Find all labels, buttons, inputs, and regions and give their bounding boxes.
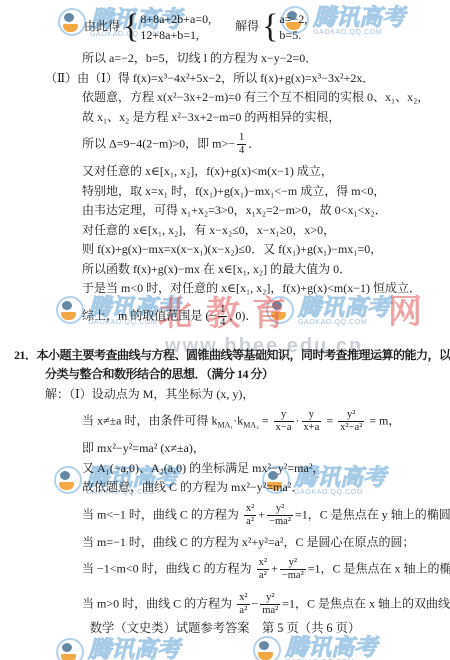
solution-line: 对任意的 x∈[x₁, x₂]，有 x−x₂≤0，x−x₁≥0，x>0， (82, 223, 446, 239)
math-text: =1，C 是焦点在 x 轴上的双曲线． (282, 596, 450, 610)
math-text: （Ⅱ）由（Ⅰ）得 f(x)=x³−4x²+5x−2，所以 f(x)+g(x)=x… (45, 71, 374, 85)
solution-line: 当 −1<m<0 时，曲线 C 的方程为 x²a²+y²−ma²=1，C 是焦点… (82, 554, 446, 585)
math-text: = (259, 413, 272, 427)
solution-line: 当 m=−1 时，曲线 C 的方程为 x²+y²=a²，C 是圆心在原点的圆； (82, 535, 446, 551)
fraction: y²−ma² (280, 557, 306, 582)
math-text: 解：（Ⅰ）设动点为 M，其坐标为 (x, y)， (45, 387, 254, 401)
math-text: 综上，m 的取值范围是 (− (82, 308, 216, 322)
math-text: ． (248, 136, 260, 150)
math-text: 当 x≠±a 时，由条件可得 k (82, 413, 218, 427)
math-text: 当 m>0 时，曲线 C 的方程为 (82, 596, 235, 610)
solution-line: 所以 Δ=9−4(2−m)>0，即 m>−14． (82, 129, 446, 160)
solution-line: 由此得 {8+8a+2b+a=0,12+8a+b=1, 解得 {a=−2,b=5… (84, 7, 446, 47)
penguin-logo-icon (253, 636, 281, 660)
solution-line: 解：（Ⅰ）设动点为 M，其坐标为 (x, y)， (45, 387, 446, 403)
math-text: 由韦达定理，可得 x₁+x₂=3>0，x₁x₂=2−m>0，故 0<x₁<x₂． (82, 203, 387, 217)
math-text: 当 m=−1 时，曲线 C 的方程为 x²+y²=a²，C 是圆心在原点的圆； (82, 535, 415, 549)
math-text: 分类与整合和数形结合的思想．（满分 14 分） (45, 367, 274, 381)
fraction: y²ma² (260, 592, 280, 617)
math-text: =1，C 是焦点在 y 轴上的椭圆； (295, 507, 450, 521)
solution-line: 当 m>0 时，曲线 C 的方程为 x²a²−y²ma²=1，C 是焦点在 x … (82, 589, 446, 620)
equation-system: {8+8a+2b+a=0,12+8a+b=1, (123, 10, 211, 44)
math-text: 当 −1<m<0 时，曲线 C 的方程为 (82, 561, 255, 575)
math-text: 对任意的 x∈[x₁, x₂]，有 x−x₂≤0，x−x₁≥0，x>0， (82, 223, 335, 237)
math-text: − (252, 596, 259, 610)
math-text: · (296, 413, 300, 427)
math-text: 解得 (211, 19, 262, 33)
math-text: 由此得 (84, 19, 123, 33)
math-text: 即 mx²−y²=ma² (x≠±a)， (82, 441, 205, 455)
math-text: + (271, 561, 278, 575)
solution-line: 又 A₁(−a,0)、A₂(a,0) 的坐标满足 mx²−y²=ma²， (82, 461, 446, 477)
math-text: = (323, 413, 336, 427)
math-text: =1，C 是焦点在 x 轴上的椭圆； (308, 561, 450, 575)
page-footer: 数学（文史类）试题参考答案 第 5 页（共 6 页） (0, 618, 450, 636)
equation-system: {a=−2,b=5. (262, 10, 307, 44)
solution-line: （Ⅱ）由（Ⅰ）得 f(x)=x³−4x²+5x−2，所以 f(x)+g(x)=x… (45, 71, 446, 87)
solution-line: 当 x≠±a 时，由条件可得 kMA₁·kMA₂ = yx−a·yx+a = y… (82, 406, 446, 437)
solution-line: 当 m<−1 时，曲线 C 的方程为 x²a²+y²−ma²=1，C 是焦点在 … (82, 500, 446, 531)
fraction: yx−a (274, 409, 294, 434)
fraction: 14 (218, 304, 227, 329)
math-text: 特别地，取 x=x₁ 时，f(x₁)+g(x₁)−mx₁<−m 成立，得 m<0… (82, 184, 385, 198)
math-text: + (258, 507, 265, 521)
math-text: 所以函数 f(x)+g(x)−mx 在 x∈[x₁, x₂] 的最大值为 0． (82, 262, 351, 276)
solution-line: 即 mx²−y²=ma² (x≠±a)， (82, 441, 446, 457)
math-text: 21．本小题主要考查曲线与方程、圆锥曲线等基础知识，同时考查推理运算的能力，以及 (14, 348, 450, 362)
solution-line: 依题意，方程 x(x²−3x+2−m)=0 有三个互不相同的实根 0、x₁、x₂… (82, 90, 446, 106)
math-text: = m， (366, 413, 400, 427)
math-text: 所以 a=−2，b=5，切线 l 的方程为 x−y−2=0． (82, 51, 317, 65)
math-text: 又 A₁(−a,0)、A₂(a,0) 的坐标满足 mx²−y²=ma²， (82, 461, 324, 475)
math-text: ·k (233, 413, 243, 427)
tencent-gaokao-watermark: 腾讯高考GAOKAO.QQ.COM (56, 638, 180, 660)
fraction: y²x²−a² (338, 409, 364, 434)
solution-line: 于是当 m<0 时，对任意的 x∈[x₁, x₂]，f(x)+g(x)<m(x−… (82, 281, 446, 297)
math-text: 当 m<−1 时，曲线 C 的方程为 (82, 507, 242, 521)
watermark-brand: 腾讯高考 (285, 636, 377, 659)
math-text: 于是当 m<0 时，对任意的 x∈[x₁, x₂]，f(x)+g(x)<m(x−… (82, 281, 421, 295)
solution-line: 21．本小题主要考查曲线与方程、圆锥曲线等基础知识，同时考查推理运算的能力，以及 (14, 348, 446, 364)
solution-line: 特别地，取 x=x₁ 时，f(x₁)+g(x₁)−mx₁<−m 成立，得 m<0… (82, 184, 446, 200)
solution-line: 分类与整合和数形结合的思想．（满分 14 分） (45, 367, 446, 383)
math-text: 故 x₁、x₂ 是方程 x²−3x+2−m=0 的两相异的实根， (82, 110, 340, 124)
fraction: yx+a (302, 409, 322, 434)
fraction: x²a² (237, 592, 249, 617)
math-text: 又对任意的 x∈[x₁, x₂]，f(x)+g(x)<m(x−1) 成立， (82, 164, 333, 178)
fraction: y²−ma² (267, 503, 293, 528)
math-text: 依题意，方程 x(x²−3x+2−m)=0 有三个互不相同的实根 0、x₁、x₂… (82, 90, 429, 104)
math-text: 所以 Δ=9−4(2−m)>0，即 m>− (82, 136, 235, 150)
tencent-gaokao-watermark: 腾讯高考GAOKAO.QQ.COM (253, 636, 377, 660)
solution-line: 故 x₁、x₂ 是方程 x²−3x+2−m=0 的两相异的实根， (82, 110, 446, 126)
solution-line: 则 f(x)+g(x)−mx=x(x−x₁)(x−x₂)≤0．又 f(x₁)+g… (82, 242, 446, 258)
fraction: 14 (237, 132, 246, 157)
solution-line: 由韦达定理，可得 x₁+x₂=3>0，x₁x₂=2−m>0，故 0<x₁<x₂． (82, 203, 446, 219)
subscript: MA₂ (243, 420, 259, 429)
math-text: 故依题意，曲线 C 的方程为 mx²−y²=ma²． (82, 480, 303, 494)
solution-line: 所以函数 f(x)+g(x)−mx 在 x∈[x₁, x₂] 的最大值为 0． (82, 262, 446, 278)
fraction: x²a² (257, 557, 269, 582)
math-text: 则 f(x)+g(x)−mx=x(x−x₁)(x−x₂)≤0．又 f(x₁)+g… (82, 242, 382, 256)
exam-answer-page: 腾讯高考GAOKAO.QQ.COM 腾讯高考GAOKAO.QQ.COM 腾讯高考… (0, 0, 450, 660)
subscript: MA₁ (218, 420, 234, 429)
solution-content: 由此得 {8+8a+2b+a=0,12+8a+b=1, 解得 {a=−2,b=5… (0, 7, 450, 624)
watermark-brand: 腾讯高考 (88, 638, 180, 660)
solution-line: 故依题意，曲线 C 的方程为 mx²−y²=ma²． (82, 480, 446, 496)
solution-line: 所以 a=−2，b=5，切线 l 的方程为 x−y−2=0． (82, 51, 446, 67)
math-text: , 0)． (229, 308, 257, 322)
solution-line: 综上，m 的取值范围是 (−14, 0)． (82, 301, 446, 332)
penguin-logo-icon (56, 638, 84, 660)
fraction: x²a² (244, 503, 256, 528)
solution-line: 又对任意的 x∈[x₁, x₂]，f(x)+g(x)<m(x−1) 成立， (82, 164, 446, 180)
